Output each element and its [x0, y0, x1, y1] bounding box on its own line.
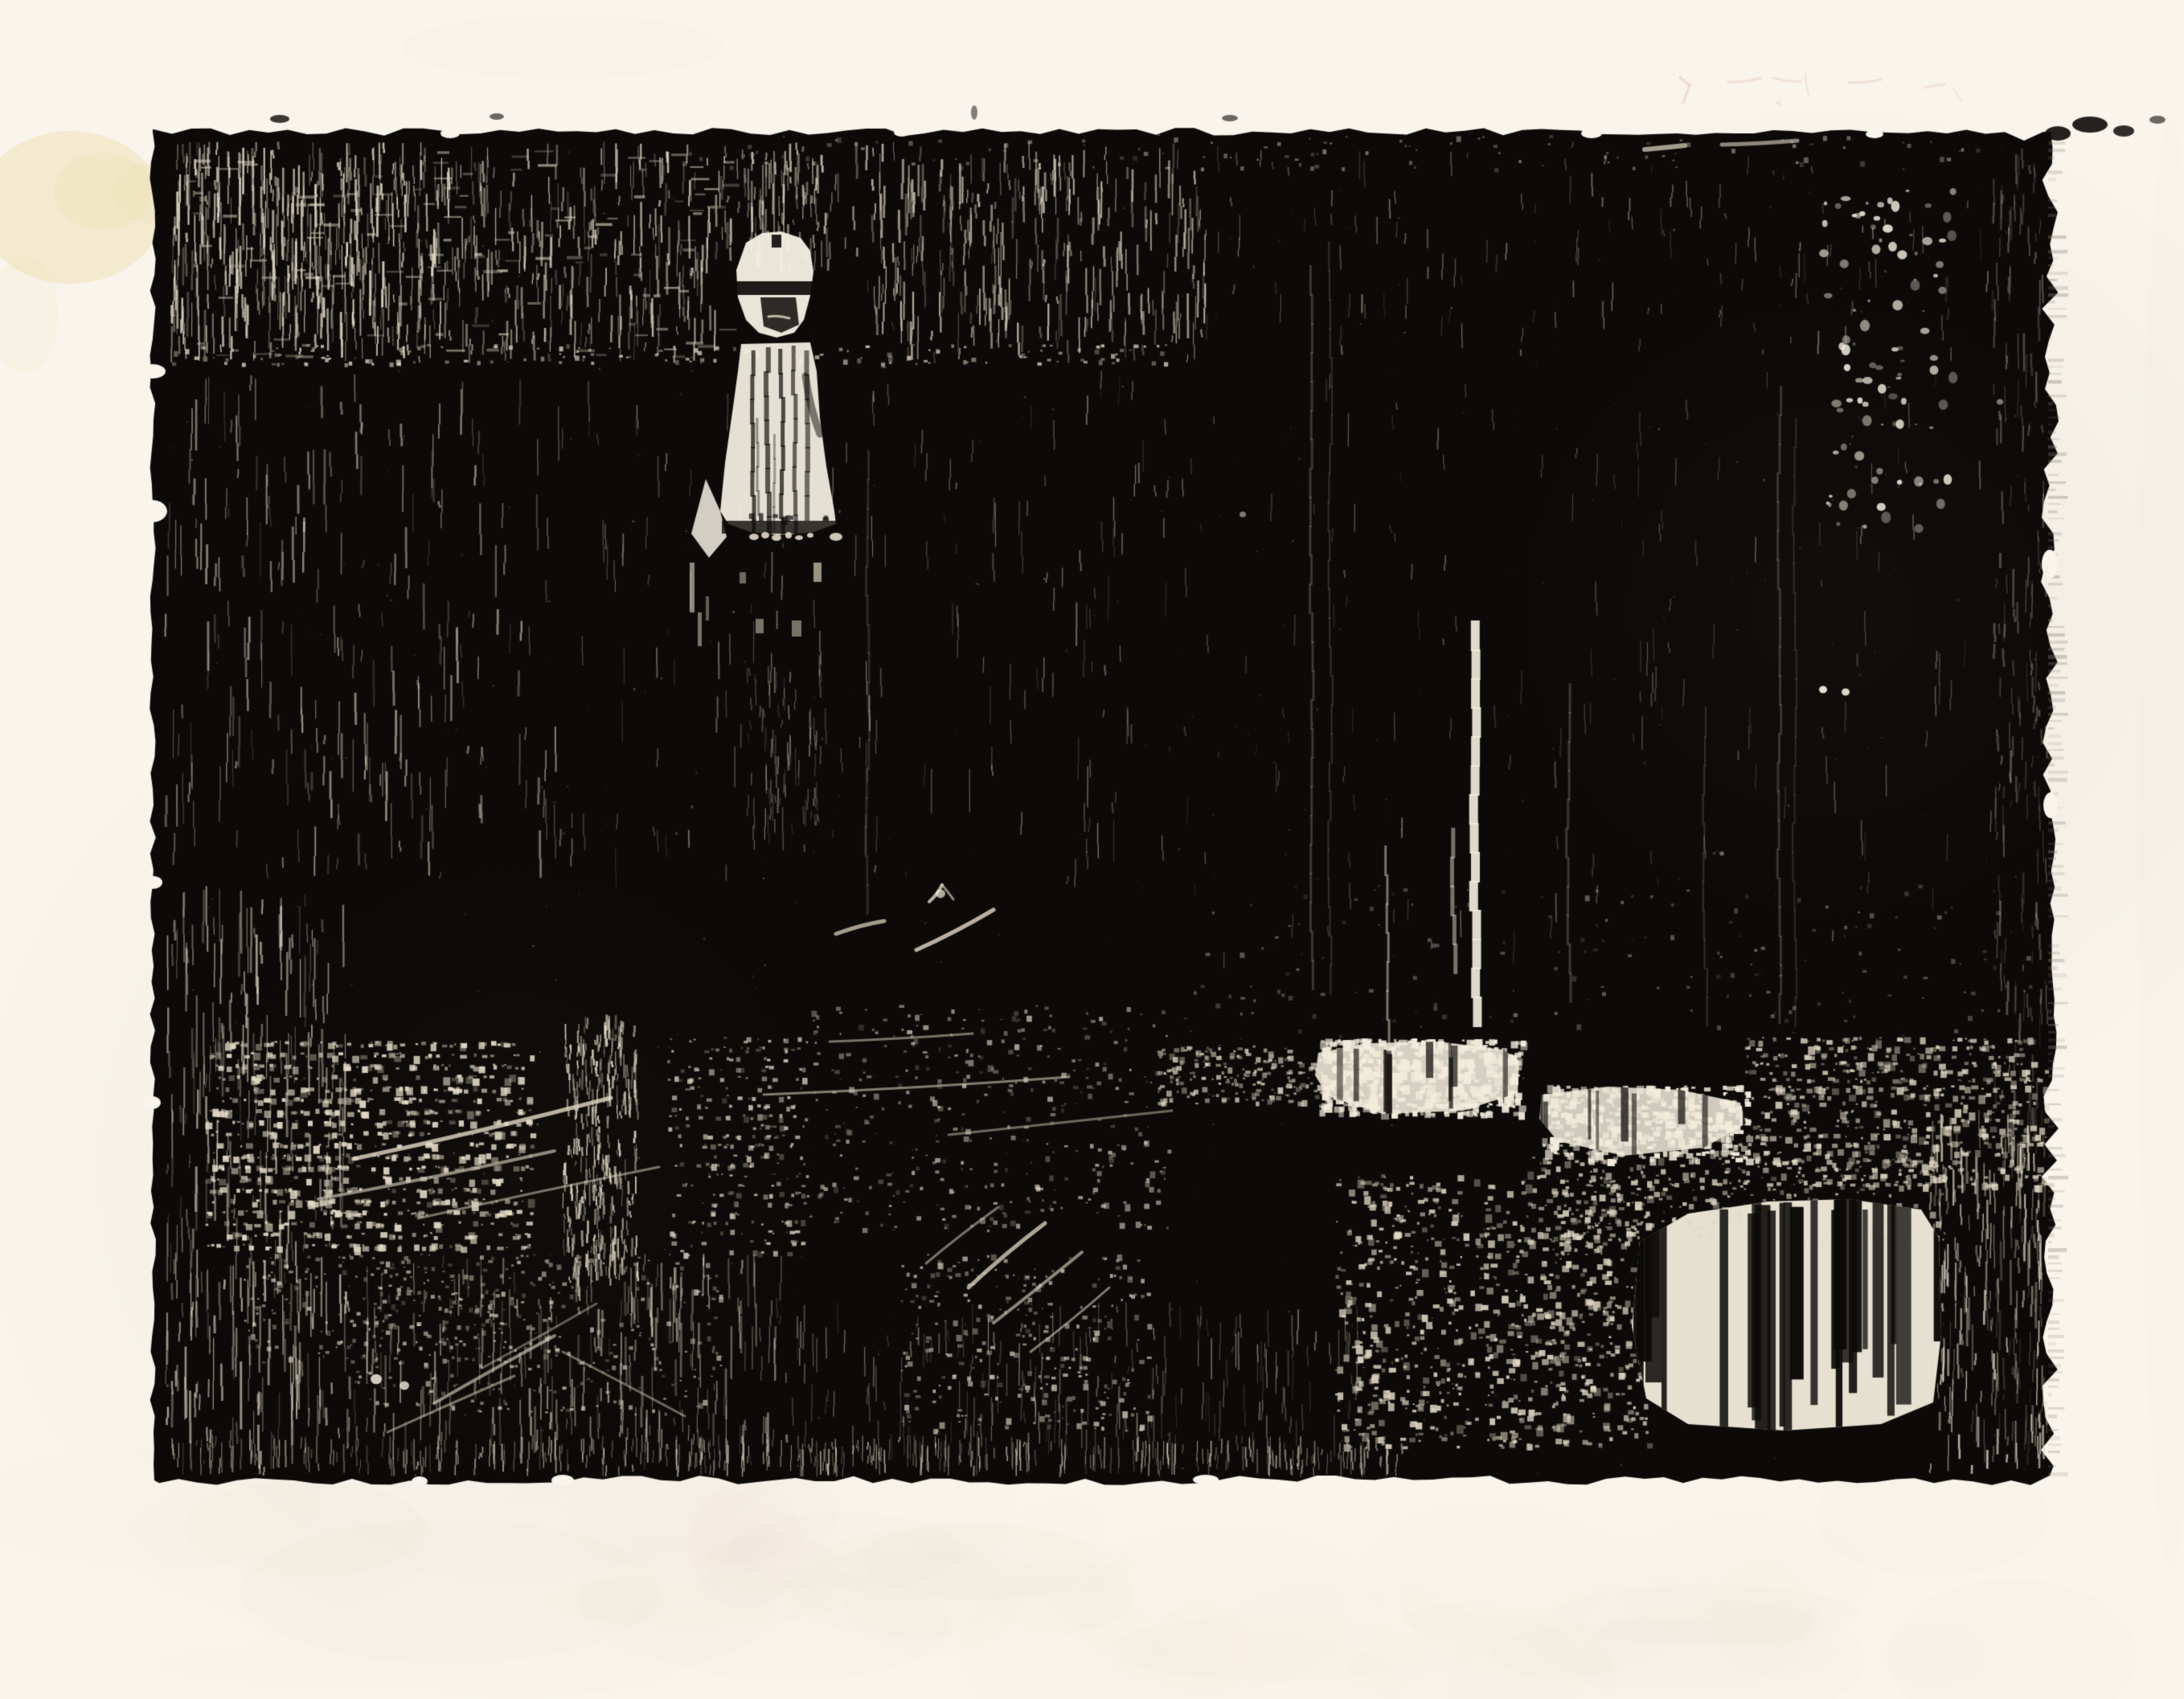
- scanned-artwork-sheet: [0, 0, 2184, 1699]
- woodcut-print-image: [0, 0, 2184, 1699]
